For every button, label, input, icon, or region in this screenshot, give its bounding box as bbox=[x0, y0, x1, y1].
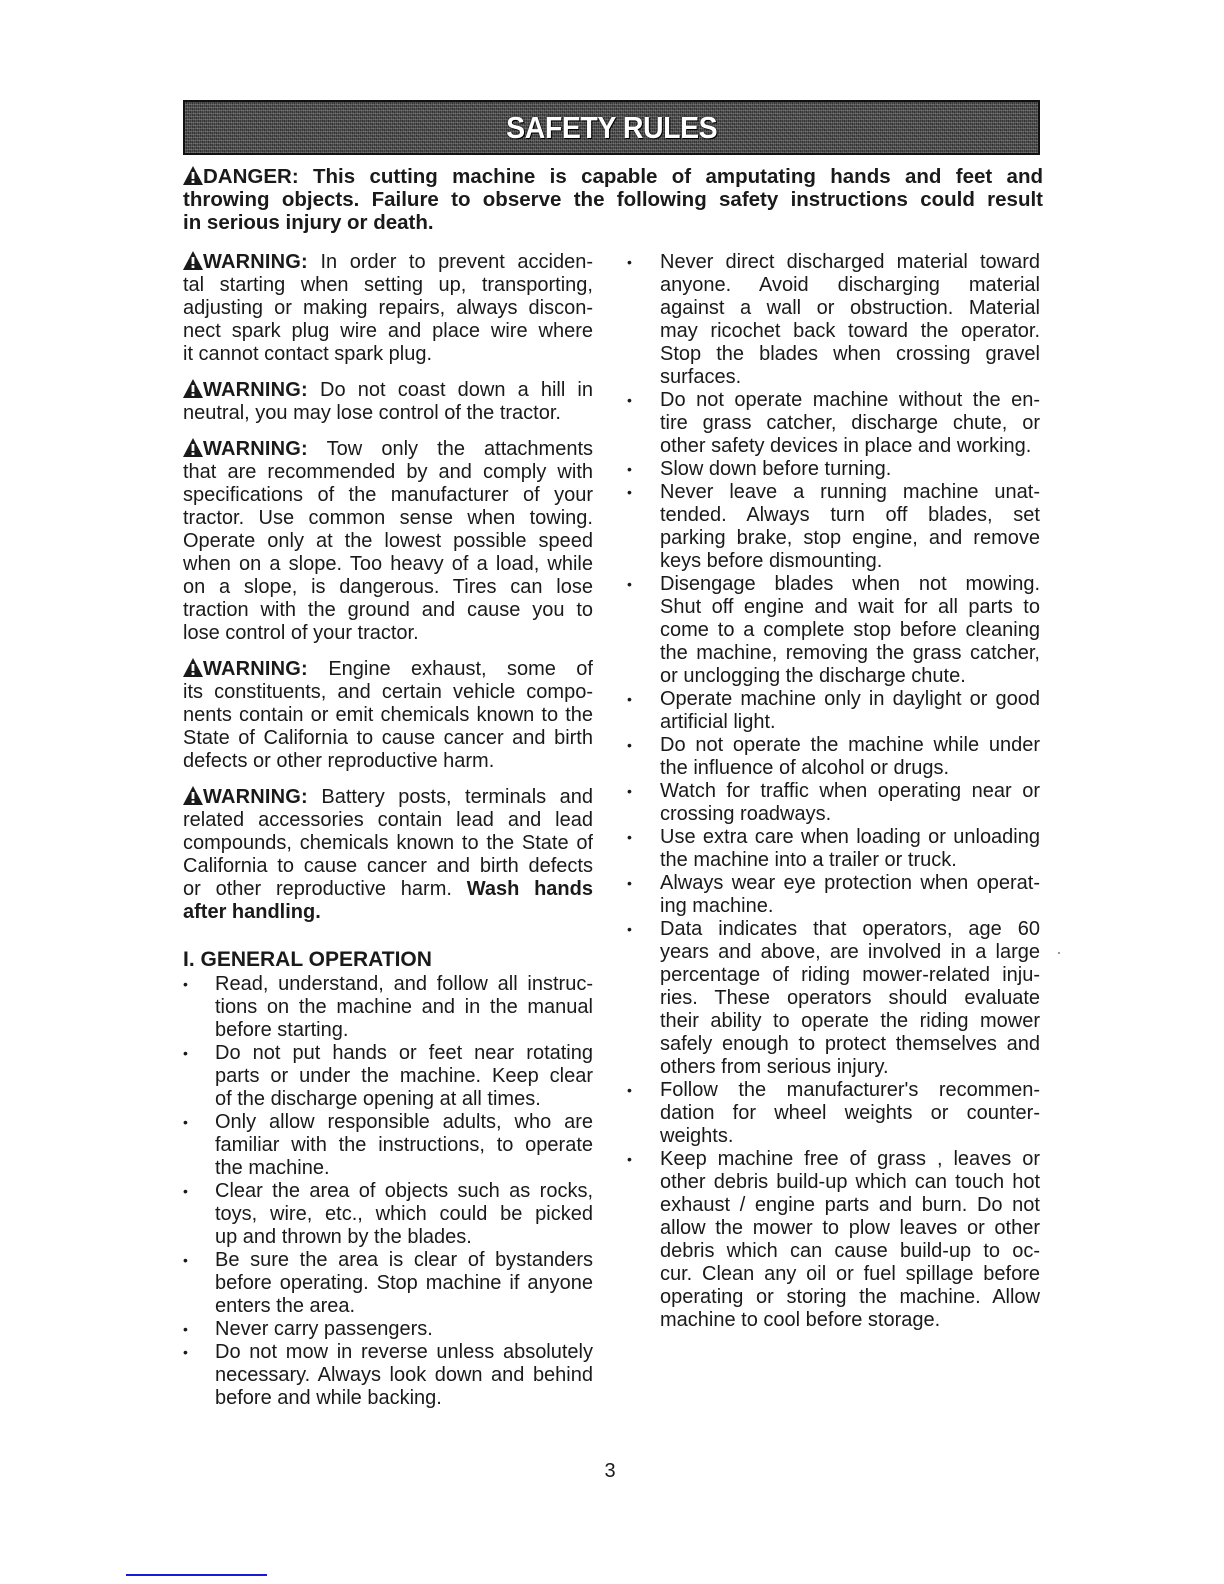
list-item: • Never direct discharged material towar… bbox=[624, 251, 1040, 389]
bullet-icon: • bbox=[183, 1341, 195, 1364]
warning-label: WARNING: bbox=[203, 379, 308, 401]
danger-statement: DANGER: This cutting machine is capable … bbox=[183, 166, 1043, 235]
wash-hands-notice: Wash hands bbox=[467, 878, 593, 900]
warning-towing: WARNING: Tow only the attachments that a… bbox=[183, 438, 593, 645]
left-column: WARNING: In order to prevent acciden- ta… bbox=[183, 251, 593, 1410]
page-number: 3 bbox=[595, 1460, 625, 1483]
danger-line-1: DANGER: This cutting machine is capable … bbox=[183, 166, 1043, 189]
list-item: • Use extra care when loading or unloadi… bbox=[624, 826, 1040, 872]
list-item: • Never leave a running machine unat- te… bbox=[624, 481, 1040, 573]
bullet-icon: • bbox=[183, 1249, 195, 1272]
list-item: • Do not put hands or feet near rotating… bbox=[183, 1042, 593, 1111]
list-item: • Slow down before turning. bbox=[624, 458, 1040, 481]
bullet-icon: • bbox=[627, 1079, 639, 1102]
warning-label: WARNING: bbox=[203, 658, 308, 680]
warning-spark-plug: WARNING: In order to prevent acciden- ta… bbox=[183, 251, 593, 366]
list-item: • Watch for traffic when operating near … bbox=[624, 780, 1040, 826]
bullet-icon: • bbox=[627, 918, 639, 941]
bullet-icon: • bbox=[627, 688, 639, 711]
list-item: • Do not operate machine without the en-… bbox=[624, 389, 1040, 458]
danger-label: DANGER: bbox=[203, 166, 299, 188]
list-item: • Follow the manufacturer's recommen- da… bbox=[624, 1079, 1040, 1148]
bullet-icon: • bbox=[627, 780, 639, 803]
list-item: • Clear the area of objects such as rock… bbox=[183, 1180, 593, 1249]
list-item: • Read, understand, and follow all instr… bbox=[183, 973, 593, 1042]
bullet-icon: • bbox=[183, 973, 195, 996]
section-header-bar: SAFETY RULES bbox=[183, 100, 1040, 155]
section-heading-general-operation: I. GENERAL OPERATION bbox=[183, 948, 593, 972]
bullet-icon: • bbox=[627, 251, 639, 274]
list-item: • Keep machine free of grass , leaves or… bbox=[624, 1148, 1040, 1332]
scan-speck bbox=[1058, 952, 1060, 954]
footer-rule bbox=[126, 1574, 267, 1576]
warning-coast-hill: WARNING: Do not coast down a hill in neu… bbox=[183, 379, 593, 425]
warning-triangle-icon bbox=[183, 166, 203, 185]
list-item: • Disengage blades when not mowing. Shut… bbox=[624, 573, 1040, 688]
bullet-icon: • bbox=[627, 826, 639, 849]
bullet-icon: • bbox=[627, 389, 639, 412]
danger-line-2: throwing objects. Failure to observe the… bbox=[183, 189, 1043, 212]
warning-triangle-icon bbox=[183, 658, 203, 677]
page-title: SAFETY RULES bbox=[506, 110, 717, 146]
bullet-icon: • bbox=[627, 1148, 639, 1171]
list-item: • Do not mow in reverse unless absolutel… bbox=[183, 1341, 593, 1410]
list-item: • Always wear eye protection when operat… bbox=[624, 872, 1040, 918]
list-item: • Only allow responsible adults, who are… bbox=[183, 1111, 593, 1180]
bullet-icon: • bbox=[183, 1180, 195, 1203]
list-item: • Operate machine only in daylight or go… bbox=[624, 688, 1040, 734]
danger-line-3: in serious injury or death. bbox=[183, 212, 1043, 235]
bullet-icon: • bbox=[183, 1111, 195, 1134]
bullet-icon: • bbox=[627, 458, 639, 481]
warning-label: WARNING: bbox=[203, 786, 308, 808]
warning-battery-lead: WARNING: Battery posts, terminals and re… bbox=[183, 786, 593, 924]
bullet-icon: • bbox=[627, 872, 639, 895]
bullet-icon: • bbox=[183, 1318, 195, 1341]
warning-label: WARNING: bbox=[203, 438, 308, 460]
list-item: • Do not operate the machine while under… bbox=[624, 734, 1040, 780]
list-item: • Be sure the area is clear of bystander… bbox=[183, 1249, 593, 1318]
bullet-icon: • bbox=[627, 734, 639, 757]
warning-triangle-icon bbox=[183, 786, 203, 805]
bullet-icon: • bbox=[627, 573, 639, 596]
warning-triangle-icon bbox=[183, 438, 203, 457]
list-item: • Never carry passengers. bbox=[183, 1318, 593, 1341]
manual-page: SAFETY RULES DANGER: This cutting machin… bbox=[0, 0, 1224, 1584]
warning-triangle-icon bbox=[183, 379, 203, 398]
list-item: • Data indicates that operators, age 60 … bbox=[624, 918, 1040, 1079]
warning-triangle-icon bbox=[183, 251, 203, 270]
bullet-icon: • bbox=[183, 1042, 195, 1065]
bullet-icon: • bbox=[627, 481, 639, 504]
right-column: • Never direct discharged material towar… bbox=[624, 251, 1040, 1332]
warning-engine-exhaust: WARNING: Engine exhaust, some of its con… bbox=[183, 658, 593, 773]
warning-label: WARNING: bbox=[203, 251, 308, 273]
